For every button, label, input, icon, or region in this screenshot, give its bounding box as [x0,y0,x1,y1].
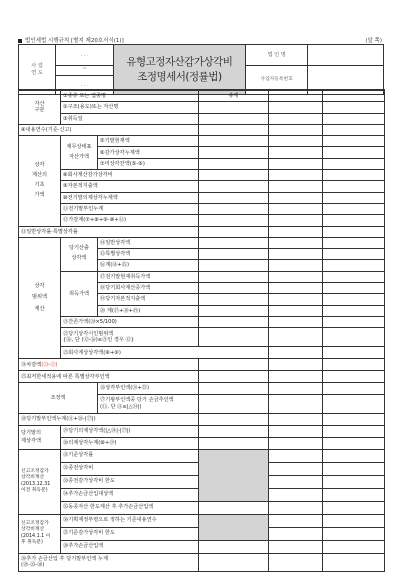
row-label: ⑨자본적지출액 [61,181,199,192]
date-from-field[interactable]: . . . [56,45,114,66]
input-cell[interactable] [269,425,323,437]
table-row: 상각 범위액 계산 당기산출 상각액 ⑭일반상각액 [19,237,385,248]
input-cell[interactable] [323,316,385,327]
input-cell[interactable] [269,328,323,347]
table-row: 취득가액 ⑰전기말현재취득가액 [19,271,385,282]
row-label: ㉓회사계상상각액(⑧+⑨) [61,347,269,359]
input-cell[interactable] [323,347,385,359]
square-bullet-icon [18,39,22,43]
input-cell[interactable] [269,413,323,425]
shaded-cell [199,449,269,501]
input-cell[interactable] [269,203,323,214]
input-cell[interactable] [323,294,385,305]
asset-group-label: 자산 구분 [19,90,61,124]
row-label: ⑮특별상각액 [98,249,199,260]
row-label: ⑲당기자본적지출액 [98,294,199,305]
input-cell[interactable] [269,136,323,147]
input-cell[interactable] [199,237,269,248]
input-cell[interactable] [199,305,269,316]
input-cell[interactable] [199,192,269,203]
row-label: ㉔차감액(㉓-㉒) [19,359,199,371]
input-cell[interactable] [269,437,323,449]
table-row: ⑫가감계(⑦+⑧+⑨-⑩+⑪) [19,215,385,226]
input-cell[interactable] [199,215,269,226]
input-cell[interactable] [323,501,385,514]
adjustment-group-label: 조정액 [19,383,98,413]
input-cell[interactable] [199,316,269,327]
input-cell[interactable] [323,449,385,462]
pre2013-group-label: 신고조정감가 상각비계산 (2013.12.31 이전 취득분) [19,449,61,514]
input-cell[interactable] [199,540,269,553]
table-row: ⑪전기말부인누계 [19,203,385,214]
input-cell[interactable] [199,383,269,394]
table-row: 상각 계산의 기초 가액 재무상태표 자산가액 ⑤기말현재액 [19,136,385,147]
table-row: ㉒당기상각시인범위액 {⑯, 단 (⑫-⑯)≤㉑인 경우 ⑫} [19,328,385,347]
input-cell[interactable] [323,124,385,135]
row-label: ①종류 또는 업종명 [61,90,199,102]
input-cell[interactable] [269,316,323,327]
corp-name-field[interactable] [308,45,384,66]
input-cell[interactable] [323,237,385,248]
row-label: ㉜종전상각비 [61,462,199,475]
base-group-label: 상각 계산의 기초 가액 [19,136,61,226]
input-cell[interactable] [323,158,385,169]
table-row: ⑨자본적지출액 [19,181,385,192]
input-cell[interactable] [323,90,385,102]
table-row: ㉕최저한세적용에 따른 특별상각부인액 [19,371,385,383]
row-label: ㉚의제상각누계(⑩+㉙) [61,437,199,449]
input-cell[interactable] [269,527,323,540]
table-row: ㉟동종자산 한도계산 후 추가손금산입액 [19,501,385,514]
form-regulation-header: 법인세법 시행규칙 [별지 제20호서식(1)] [18,36,124,44]
input-cell[interactable] [269,124,323,135]
table-row: ㉚의제상각누계(⑩+㉙) [19,437,385,449]
title-block: 사 업 연 도 . . . 유형고정자산감가상각비조정명세서(정률법) 법 인 … [18,44,384,95]
row-label: ㉗기왕부인액중 당기 손금추인액 (⑪, 단 ⑪≤|△㉔|) [98,394,199,413]
row-label: ⑦미상각잔액(⑤-⑥) [98,158,199,169]
input-cell[interactable] [323,305,385,316]
input-cell[interactable] [323,226,385,237]
row-label: ㉘당기말부인액누계(⑪+㉖-|㉗|) [19,413,199,425]
input-cell[interactable] [323,413,385,425]
table-row: ④내용연수(기준·신고) [19,124,385,135]
row-label: ⑯계(⑭+⑮) [98,260,199,271]
page-note: (앞 쪽) [365,36,382,44]
table-row: ②구조(용도)또는 자산명 [19,102,385,113]
input-cell[interactable] [323,102,385,113]
input-cell[interactable] [269,271,323,282]
input-cell[interactable] [269,90,323,102]
input-cell[interactable] [269,283,323,294]
input-cell[interactable] [323,170,385,181]
input-cell[interactable] [323,359,385,371]
input-cell[interactable] [269,294,323,305]
table-row: ㊳추가손금산입액 [19,540,385,553]
table-row: ㉔차감액(㉓-㉒) [19,359,385,371]
row-label: ㉕최저한세적용에 따른 특별상각부인액 [19,371,199,383]
input-cell[interactable] [199,124,269,135]
depreciation-table: 자산 구분 ①종류 또는 업종명 총계 ②구조(용도)또는 자산명 ③취득일 ④… [18,89,385,572]
calc-group-label: 상각 범위액 계산 [19,237,61,358]
table-row: 조정액 ㉖상각부인액(㉔+㉕) [19,383,385,394]
row-label: ⑳ 계(⑰+⑱+⑲) [98,305,199,316]
row-label: ⑬일반상각률·특별상각률 [19,226,199,237]
input-cell[interactable] [323,437,385,449]
input-cell[interactable] [199,158,269,169]
input-cell[interactable] [269,147,323,158]
input-cell[interactable] [199,413,269,425]
input-cell[interactable] [269,514,323,527]
input-cell[interactable] [269,260,323,271]
input-cell[interactable] [269,347,323,359]
input-cell[interactable] [269,181,323,192]
input-cell[interactable] [199,283,269,294]
input-cell[interactable] [269,192,323,203]
input-cell[interactable] [199,181,269,192]
input-cell[interactable] [323,215,385,226]
table-row: ㉘당기말부인액누계(⑪+㉖-|㉗|) [19,413,385,425]
input-cell[interactable] [199,394,269,413]
table-row: ⑧회사계산감가상각비 [19,170,385,181]
input-cell[interactable] [199,501,269,514]
input-cell[interactable] [199,371,269,383]
input-cell[interactable] [269,359,323,371]
input-cell[interactable] [269,488,323,501]
table-row: 신고조정감가 상각비계산 (2014.1.1 이 후 취득분) ㊱기획재정부령으… [19,514,385,527]
balance-sheet-label: 재무상태표 자산가액 [61,136,98,170]
row-label: ⑱당기회사계산증가액 [98,283,199,294]
row-label: ⑪전기말부인누계 [61,203,199,214]
input-cell[interactable] [323,514,385,527]
business-year-label: 사 업 연 도 [19,45,56,95]
row-label: ⑥감가상각누계액 [98,147,199,158]
table-row: ㉓회사계상상각액(⑧+⑨) [19,347,385,359]
current-depr-label: 당기산출 상각액 [61,237,98,271]
title-line-2: 조정명세서(정률법) [116,70,243,84]
input-cell[interactable] [199,359,269,371]
input-cell[interactable] [199,249,269,260]
input-cell[interactable] [269,394,323,413]
total-label: 총계 [199,90,269,102]
input-cell[interactable] [199,226,269,237]
input-cell[interactable] [323,540,385,553]
deemed-group-label: 당기말의 제상각액 [19,425,61,449]
input-cell[interactable] [269,158,323,169]
input-cell[interactable] [269,305,323,316]
input-cell[interactable] [199,113,269,124]
input-cell[interactable] [323,553,385,571]
input-cell[interactable] [199,203,269,214]
row-label: ㉑잔존가액(⑳×5/100) [61,316,199,327]
input-cell[interactable] [323,328,385,347]
input-cell[interactable] [323,249,385,260]
input-cell[interactable] [269,170,323,181]
row-label: ㉟동종자산 한도계산 후 추가손금산입액 [61,501,199,514]
input-cell[interactable] [323,147,385,158]
table-row: 당기말의 제상각액 ㉙당기의제상각액(|△㉔|-|㉗|) [19,425,385,437]
input-cell[interactable] [199,271,269,282]
input-cell[interactable] [269,226,323,237]
input-cell[interactable] [323,394,385,413]
difference-label: ㉔차감액 [21,362,41,368]
table-row: ⑬일반상각률·특별상각률 [19,226,385,237]
corp-name-label: 법 인 명 [245,45,307,66]
row-label: ⑫가감계(⑦+⑧+⑨-⑩+⑪) [61,215,199,226]
input-cell[interactable] [269,501,323,514]
row-label: ㉖상각부인액(㉔+㉕) [98,383,199,394]
input-cell[interactable] [323,271,385,282]
row-label: ㉝종전감가상각비 한도 [61,475,199,488]
row-label: ㉙당기의제상각액(|△㉔|-|㉗|) [61,425,199,437]
input-cell[interactable] [323,475,385,488]
input-cell[interactable] [199,170,269,181]
table-row: ㊴추가 손금산입 후 당기말부인액 누계 (㉘-㉟-㊳) [19,553,385,571]
table-row: ③취득일 [19,113,385,124]
row-label: ㊱기획재정부령으로 정하는 기준내용연수 [61,514,199,527]
input-cell[interactable] [323,371,385,383]
input-cell[interactable] [269,215,323,226]
input-cell[interactable] [323,527,385,540]
form-title: 유형고정자산감가상각비조정명세서(정률법) [113,45,245,95]
input-cell[interactable] [269,449,323,462]
input-cell[interactable] [199,260,269,271]
title-line-1: 유형고정자산감가상각비 [116,55,243,69]
table-row: 신고조정감가 상각비계산 (2013.12.31 이전 취득분) ㉛기준상각률 [19,449,385,462]
input-cell[interactable] [199,437,269,449]
input-cell[interactable] [269,475,323,488]
input-cell[interactable] [323,203,385,214]
row-label: ㉒당기상각시인범위액 {⑯, 단 (⑫-⑯)≤㉑인 경우 ⑫} [61,328,199,347]
input-cell[interactable] [323,488,385,501]
input-cell[interactable] [323,283,385,294]
row-label: ⑧회사계산감가상각비 [61,170,199,181]
row-label: ④내용연수(기준·신고) [19,124,199,135]
acquisition-label: 취득가액 [61,271,98,316]
row-label: ②구조(용도)또는 자산명 [61,102,199,113]
row-label: ⑰전기말현재취득가액 [98,271,199,282]
input-cell[interactable] [323,383,385,394]
input-cell[interactable] [199,553,269,571]
input-cell[interactable] [269,113,323,124]
row-label: ㊲기준감가상각비 한도 [61,527,199,540]
input-cell[interactable] [323,136,385,147]
input-cell[interactable] [199,328,269,347]
tilde-separator: ~ [56,66,113,76]
input-cell[interactable] [323,462,385,475]
input-cell[interactable] [199,294,269,305]
input-cell[interactable] [323,425,385,437]
row-label: ㉞추가손금산입대상액 [61,488,199,501]
row-label: ㊴추가 손금산입 후 당기말부인액 누계 (㉘-㉟-㊳) [19,553,199,571]
input-cell[interactable] [269,462,323,475]
row-label: ③취득일 [61,113,199,124]
row-label: ⑤기말현재액 [98,136,199,147]
input-cell[interactable] [269,383,323,394]
input-cell[interactable] [269,237,323,248]
input-cell[interactable] [199,425,269,437]
table-row: ㉑잔존가액(⑳×5/100) [19,316,385,327]
input-cell[interactable] [269,102,323,113]
input-cell[interactable] [323,181,385,192]
post2014-group-label: 신고조정감가 상각비계산 (2014.1.1 이 후 취득분) [19,514,61,553]
input-cell[interactable] [269,249,323,260]
input-cell[interactable] [269,540,323,553]
input-cell[interactable] [323,192,385,203]
input-cell[interactable] [199,147,269,158]
row-label: ⑩전기말의제상각누계액 [61,192,199,203]
input-cell[interactable] [323,260,385,271]
difference-formula: (㉓-㉒) [41,362,57,368]
input-cell[interactable] [269,553,323,571]
shaded-cell [199,514,269,540]
row-label: ⑭일반상각액 [98,237,199,248]
table-row: ⑩전기말의제상각누계액 [19,192,385,203]
table-row: 자산 구분 ①종류 또는 업종명 총계 [19,90,385,102]
input-cell[interactable] [199,102,269,113]
input-cell[interactable] [199,136,269,147]
row-label: ㊳추가손금산입액 [61,540,199,553]
input-cell[interactable] [323,113,385,124]
input-cell[interactable] [269,371,323,383]
row-label: ㉛기준상각률 [61,449,199,462]
